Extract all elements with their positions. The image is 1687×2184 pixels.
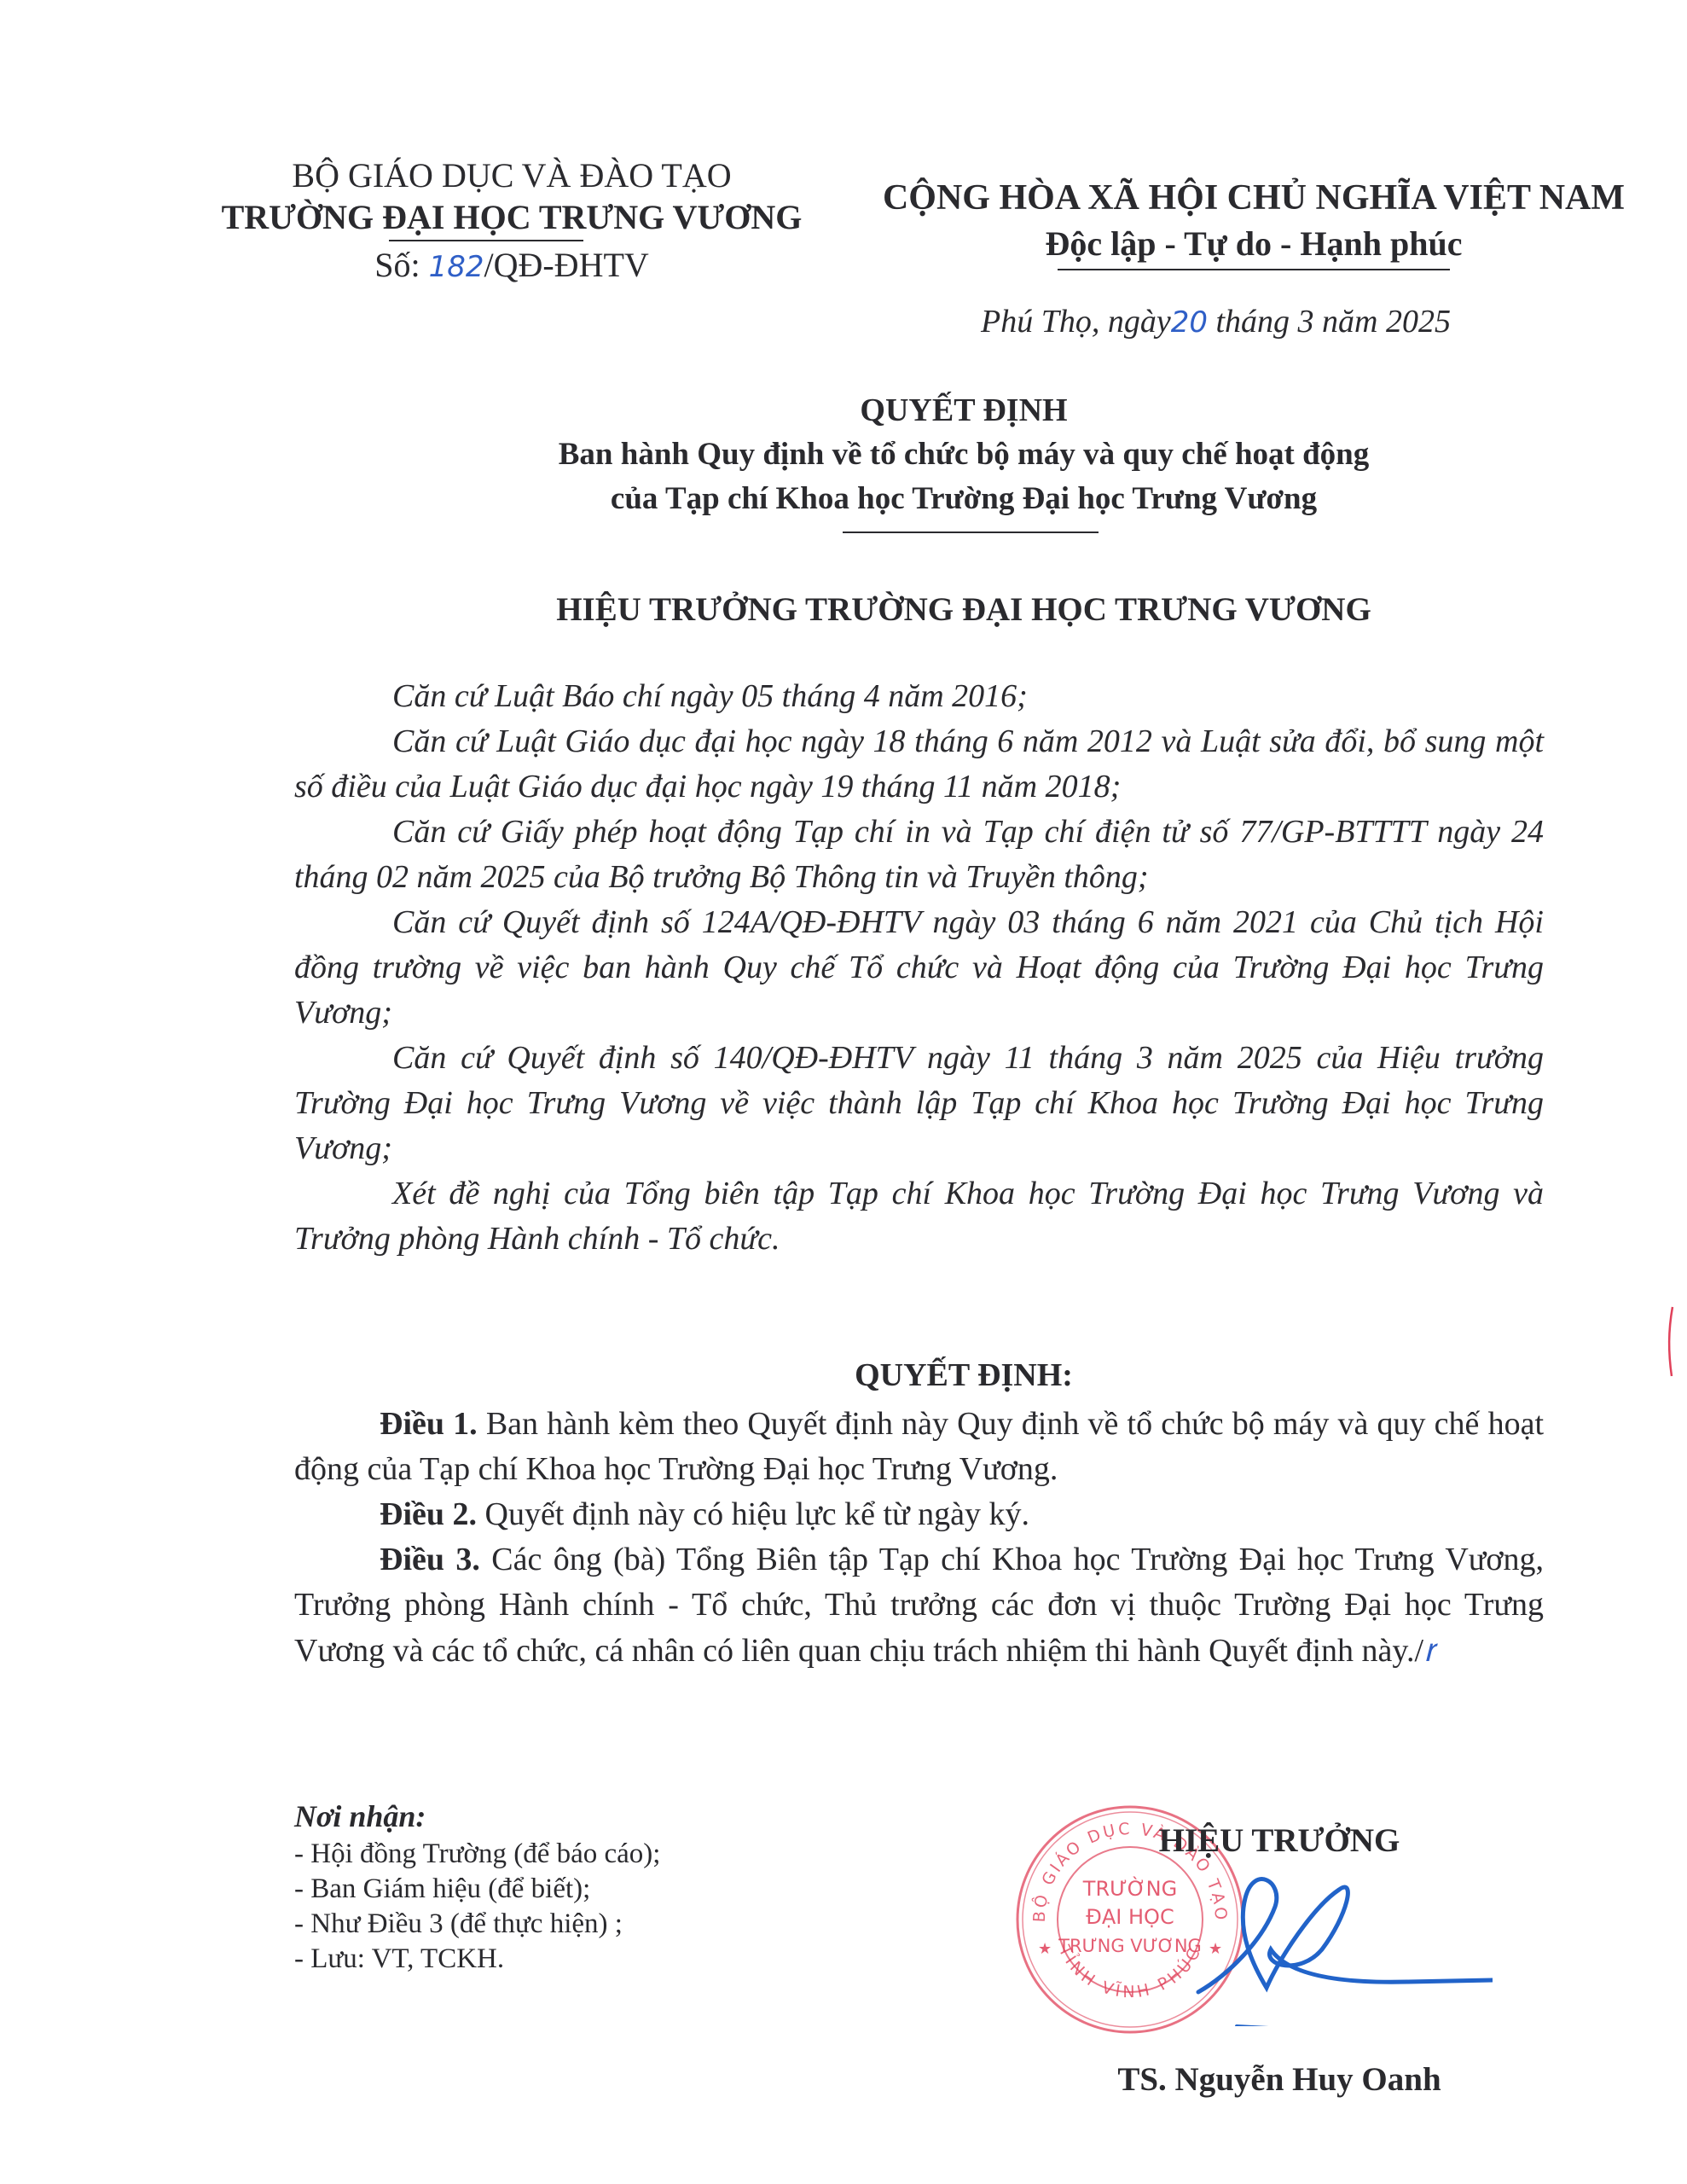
legal-basis-item: Căn cứ Quyết định số 140/QĐ-ĐHTV ngày 11…	[294, 1036, 1544, 1171]
legal-basis: Căn cứ Luật Báo chí ngày 05 tháng 4 năm …	[294, 674, 1544, 1262]
ministry-name: BỘ GIÁO DỤC VÀ ĐÀO TẠO	[213, 156, 810, 195]
decision-heading: QUYẾT ĐỊNH:	[461, 1356, 1467, 1394]
handwritten-signature-icon	[1117, 1856, 1493, 2026]
place-and-date: Phú Thọ, ngày20 tháng 3 năm 2025	[981, 303, 1451, 340]
issuing-authority: HIỆU TRƯỞNG TRƯỜNG ĐẠI HỌC TRƯNG VƯƠNG	[461, 590, 1467, 629]
number-prefix: Số:	[374, 246, 420, 284]
article-text: Ban hành kèm theo Quyết định này Quy địn…	[294, 1406, 1544, 1487]
recipients-heading: Nơi nhận:	[294, 1796, 891, 1837]
handwritten-number: 182	[429, 250, 484, 284]
recipient-item: - Ban Giám hiệu (để biết);	[294, 1872, 891, 1907]
legal-basis-item: Xét đề nghị của Tổng biên tập Tạp chí Kh…	[294, 1171, 1544, 1262]
recipient-item: - Như Điều 3 (để thực hiện) ;	[294, 1907, 891, 1942]
legal-basis-item: Căn cứ Quyết định số 124A/QĐ-ĐHTV ngày 0…	[294, 900, 1544, 1036]
number-suffix: /QĐ-ĐHTV	[484, 246, 648, 284]
article-label: Điều 2.	[380, 1496, 477, 1532]
signatory-name: TS. Nguyễn Huy Oanh	[1023, 2060, 1535, 2099]
recipients-block: Nơi nhận: - Hội đồng Trường (để báo cáo)…	[294, 1796, 891, 1977]
articles: Điều 1. Ban hành kèm theo Quyết định này…	[294, 1402, 1544, 1674]
university-name: TRƯỜNG ĐẠI HỌC TRƯNG VƯƠNG	[213, 195, 810, 240]
document-subtitle-line-1: Ban hành Quy định về tổ chức bộ máy và q…	[461, 433, 1467, 477]
article-text: Các ông (bà) Tổng Biên tập Tạp chí Khoa …	[294, 1542, 1544, 1669]
document-number: Số: 182/QĐ-ĐHTV	[213, 241, 810, 291]
article-1: Điều 1. Ban hành kèm theo Quyết định này…	[294, 1402, 1544, 1492]
divider	[843, 531, 1099, 533]
legal-basis-item: Căn cứ Luật Báo chí ngày 05 tháng 4 năm …	[294, 674, 1544, 719]
legal-basis-item: Căn cứ Giấy phép hoạt động Tạp chí in và…	[294, 810, 1544, 900]
article-2: Điều 2. Quyết định này có hiệu lực kể từ…	[294, 1492, 1544, 1537]
document-subtitle-line-2: của Tạp chí Khoa học Trường Đại học Trưn…	[461, 477, 1467, 521]
issuing-agency-block: BỘ GIÁO DỤC VÀ ĐÀO TẠO TRƯỜNG ĐẠI HỌC TR…	[213, 156, 810, 291]
handwritten-day: 20	[1171, 305, 1208, 340]
document-title-block: QUYẾT ĐỊNH Ban hành Quy định về tổ chức …	[461, 388, 1467, 533]
red-edge-mark-icon	[1667, 1305, 1674, 1378]
recipient-item: - Hội đồng Trường (để báo cáo);	[294, 1837, 891, 1872]
national-motto: Độc lập - Tự do - Hạnh phúc	[861, 221, 1646, 267]
article-label: Điều 1.	[380, 1406, 478, 1442]
place-prefix: Phú Thọ, ngày	[981, 304, 1171, 340]
article-3: Điều 3. Các ông (bà) Tổng Biên tập Tạp c…	[294, 1537, 1544, 1674]
signatory-title: HIỆU TRƯỞNG	[1066, 1821, 1493, 1860]
recipient-item: - Lưu: VT, TCKH.	[294, 1942, 891, 1977]
initial-mark-icon: ꭇ	[1423, 1631, 1434, 1669]
legal-basis-item: Căn cứ Luật Giáo dục đại học ngày 18 thá…	[294, 719, 1544, 810]
place-suffix: tháng 3 năm 2025	[1215, 304, 1451, 340]
article-label: Điều 3.	[380, 1542, 480, 1577]
national-header-block: CỘNG HÒA XÃ HỘI CHỦ NGHĨA VIỆT NAM Độc l…	[861, 175, 1646, 270]
document-title: QUYẾT ĐỊNH	[461, 388, 1467, 433]
article-text: Quyết định này có hiệu lực kể từ ngày ký…	[477, 1496, 1029, 1532]
divider	[389, 240, 583, 241]
divider	[1058, 269, 1450, 270]
svg-text:★: ★	[1038, 1940, 1052, 1957]
country-name: CỘNG HÒA XÃ HỘI CHỦ NGHĨA VIỆT NAM	[861, 175, 1646, 221]
